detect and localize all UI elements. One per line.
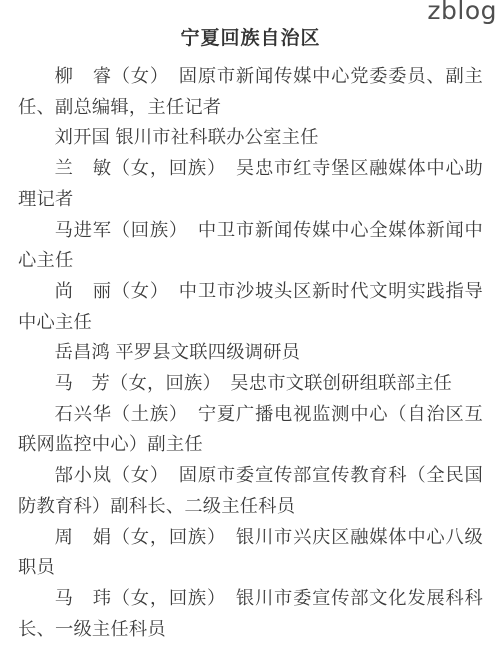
entry-ma-wei: 马 玮（女，回族） 银川市委宣传部文化发展科科长、一级主任科员 bbox=[18, 583, 483, 644]
entry-shang-li: 尚 丽（女） 中卫市沙坡头区新时代文明实践指导中心主任 bbox=[18, 276, 483, 337]
entry-liu-rui: 柳 睿（女） 固原市新闻传媒中心党委委员、副主任、副总编辑，主任记者 bbox=[18, 61, 483, 122]
page: zblog 宁夏回族自治区 柳 睿（女） 固原市新闻传媒中心党委委员、副主任、副… bbox=[0, 0, 500, 666]
entry-ma-fang: 马 芳（女，回族） 吴忠市文联创研组联部主任 bbox=[18, 368, 483, 399]
entry-shi-xinghua: 石兴华（土族） 宁夏广播电视监测中心（自治区互联网监控中心）副主任 bbox=[18, 399, 483, 460]
entry-ma-jinjun: 马进军（回族） 中卫市新闻传媒中心全媒体新闻中心主任 bbox=[18, 215, 483, 276]
region-title: 宁夏回族自治区 bbox=[18, 26, 483, 52]
entry-lan-min: 兰 敏（女，回族） 吴忠市红寺堡区融媒体中心助理记者 bbox=[18, 153, 483, 214]
entry-zhou-juan: 周 娟（女，回族） 银川市兴庆区融媒体中心八级职员 bbox=[18, 522, 483, 583]
document-body: 宁夏回族自治区 柳 睿（女） 固原市新闻传媒中心党委委员、副主任、副总编辑，主任… bbox=[0, 0, 500, 644]
entry-yue-changhong: 岳昌鸿 平罗县文联四级调研员 bbox=[18, 337, 483, 368]
entry-liu-kaiguo: 刘开国 银川市社科联办公室主任 bbox=[18, 122, 483, 153]
entry-gao-xiaolan: 郜小岚（女） 固原市委宣传部宣传教育科（全民国防教育科）副科长、二级主任科员 bbox=[18, 460, 483, 521]
